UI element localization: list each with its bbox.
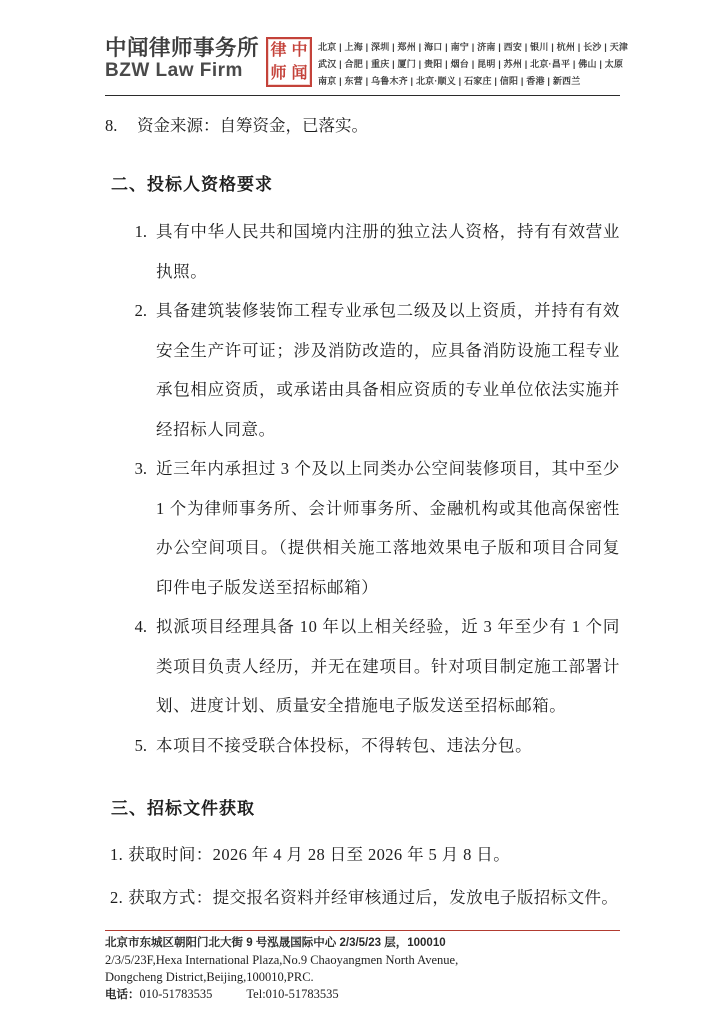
list-item-text: 获取方式：提交报名资料并经审核通过后，发放电子版招标文件。 <box>128 882 618 913</box>
phone-label: 电话： <box>105 989 140 1001</box>
list-item: 1. 获取时间：2026 年 4 月 28 日至 2026 年 5 月 8 日。 <box>105 839 620 870</box>
office-cities-list: 北京 | 上海 | 深圳 | 郑州 | 海口 | 南宁 | 济南 | 西安 | … <box>318 36 620 90</box>
list-item-number: 8. <box>105 111 127 141</box>
firm-logo: 中闻律师事务所 BZW Law Firm <box>105 36 259 81</box>
list-item-text: 拟派项目经理具备 10 年以上相关经验，近 3 年至少有 1 个同类项目负责人经… <box>156 607 620 726</box>
tel-english: Tel:010-51783535 <box>246 987 338 1001</box>
list-item: 3. 近三年内承担过 3 个及以上同类办公空间装修项目，其中至少 1 个为律师事… <box>105 449 620 607</box>
office-cities-line: 武汉 | 合肥 | 重庆 | 厦门 | 贵阳 | 烟台 | 昆明 | 苏州 | … <box>318 56 620 73</box>
section-3-title: 三、招标文件获取 <box>111 794 620 819</box>
office-cities-line: 北京 | 上海 | 深圳 | 郑州 | 海口 | 南宁 | 济南 | 西安 | … <box>318 39 620 56</box>
list-item-number: 4. <box>125 607 147 726</box>
list-item-text: 获取时间：2026 年 4 月 28 日至 2026 年 5 月 8 日。 <box>128 839 510 870</box>
letterhead-footer: 北京市东城区朝阳门北大街 9 号泓晟国际中心 2/3/5/23 层，100010… <box>105 930 620 1005</box>
list-item-number: 2. <box>125 291 147 449</box>
seal-character: 中 <box>292 43 308 59</box>
phone-number: 010-51783535 <box>140 987 213 1001</box>
list-item-text: 具备建筑装修装饰工程专业承包二级及以上资质，并持有有效安全生产许可证；涉及消防改… <box>156 291 620 449</box>
document-body: 8. 资金来源：自筹资金，已落实。 二、投标人资格要求 1. 具有中华人民共和国… <box>105 111 620 913</box>
office-cities-line: 南京 | 东营 | 乌鲁木齐 | 北京·顺义 | 石家庄 | 信阳 | 香港 |… <box>318 73 620 90</box>
list-item-text: 具有中华人民共和国境内注册的独立法人资格，持有有效营业执照。 <box>156 212 620 291</box>
list-item-text: 本项目不接受联合体投标，不得转包、违法分包。 <box>156 726 532 766</box>
list-item: 2. 具备建筑装修装饰工程专业承包二级及以上资质，并持有有效安全生产许可证；涉及… <box>105 291 620 449</box>
firm-seal-icon: 律 中 师 闻 <box>266 37 312 87</box>
list-item-number: 1. <box>110 839 123 870</box>
address-english-line1: 2/3/5/23F,Hexa International Plaza,No.9 … <box>105 952 620 969</box>
document-page: 中闻律师事务所 BZW Law Firm 律 中 师 闻 北京 | 上海 | 深… <box>0 0 724 1024</box>
list-item-8: 8. 资金来源：自筹资金，已落实。 <box>105 111 620 141</box>
bidder-requirements-list: 1. 具有中华人民共和国境内注册的独立法人资格，持有有效营业执照。 2. 具备建… <box>105 212 620 765</box>
firm-name-english: BZW Law Firm <box>105 60 259 81</box>
list-item-number: 5. <box>125 726 147 766</box>
list-item-text: 资金来源：自筹资金，已落实。 <box>137 111 368 141</box>
seal-character: 师 <box>271 66 287 82</box>
list-item: 5. 本项目不接受联合体投标，不得转包、违法分包。 <box>105 726 620 766</box>
address-english-line2: Dongcheng District,Beijing,100010,PRC. <box>105 969 620 986</box>
document-acquisition-list: 1. 获取时间：2026 年 4 月 28 日至 2026 年 5 月 8 日。… <box>105 839 620 913</box>
list-item-number: 3. <box>125 449 147 607</box>
seal-character: 闻 <box>292 66 308 82</box>
list-item: 2. 获取方式：提交报名资料并经审核通过后，发放电子版招标文件。 <box>105 882 620 913</box>
seal-character: 律 <box>271 43 287 59</box>
list-item: 4. 拟派项目经理具备 10 年以上相关经验，近 3 年至少有 1 个同类项目负… <box>105 607 620 726</box>
list-item-number: 2. <box>110 882 123 913</box>
phone-line: 电话：010-51783535Tel:010-51783535 <box>105 985 620 1005</box>
section-2-title: 二、投标人资格要求 <box>111 170 620 195</box>
address-chinese: 北京市东城区朝阳门北大街 9 号泓晟国际中心 2/3/5/23 层，100010 <box>105 935 620 952</box>
letterhead: 中闻律师事务所 BZW Law Firm 律 中 师 闻 北京 | 上海 | 深… <box>105 0 620 96</box>
list-item-number: 1. <box>125 212 147 291</box>
list-item-text: 近三年内承担过 3 个及以上同类办公空间装修项目，其中至少 1 个为律师事务所、… <box>156 449 620 607</box>
firm-name-chinese: 中闻律师事务所 <box>105 36 259 60</box>
list-item: 1. 具有中华人民共和国境内注册的独立法人资格，持有有效营业执照。 <box>105 212 620 291</box>
